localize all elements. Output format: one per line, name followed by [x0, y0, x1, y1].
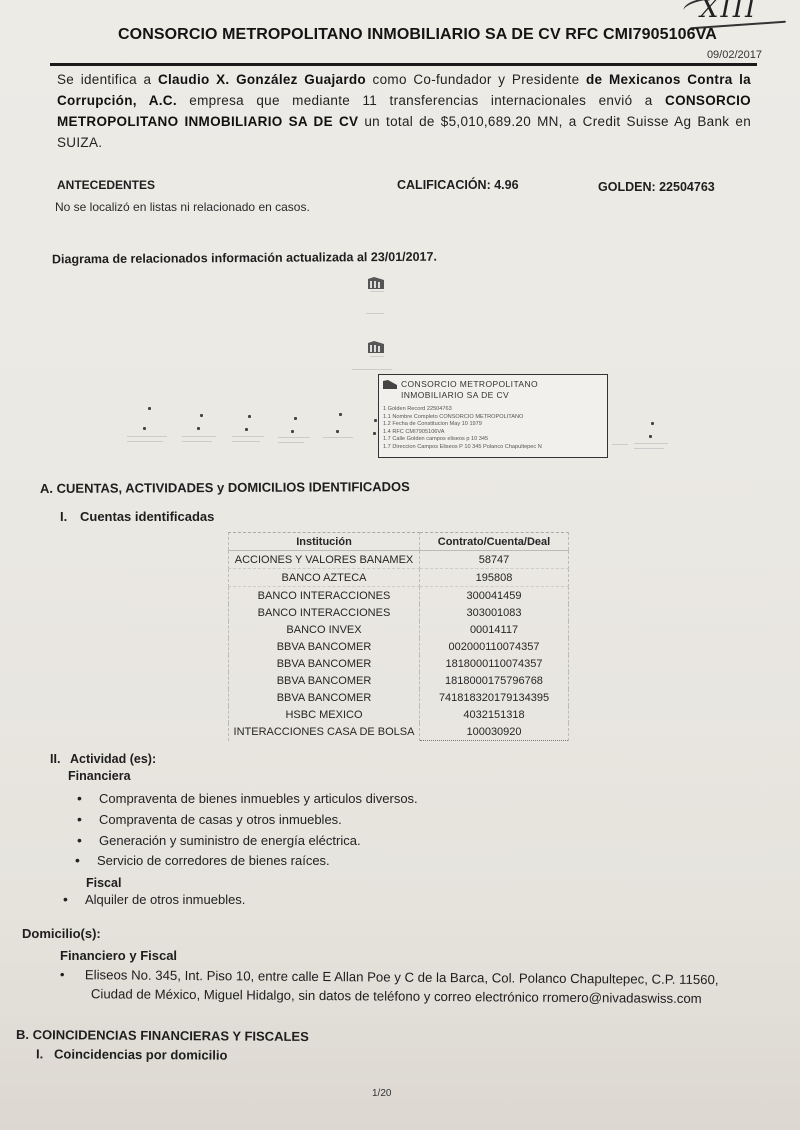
node-caption [634, 443, 668, 444]
address-list-item: •Eliseos No. 345, Int. Piso 10, entre ca… [60, 965, 719, 1003]
entity-name: CONSORCIO METROPOLITANO INMOBILIARIO SA … [401, 379, 538, 401]
institution-cell: INTERACCIONES CASA DE BOLSA [229, 723, 420, 741]
domicilios-title: Domicilio(s): [22, 926, 101, 941]
list-item: •Compraventa de bienes inmuebles y artic… [77, 790, 418, 806]
account-cell: 741818320179134395 [420, 689, 569, 706]
institution-cell: BBVA BANCOMER [229, 638, 420, 655]
building-icon [368, 341, 384, 353]
section-b-i-title: I. Coincidencias por domicilio [36, 1046, 228, 1062]
entity-detail-box: CONSORCIO METROPOLITANO INMOBILIARIO SA … [378, 374, 608, 458]
list-item: •Alquiler de otros inmuebles. [63, 891, 245, 907]
header-rule [50, 63, 757, 66]
node-caption [232, 436, 264, 437]
node-caption [370, 291, 384, 292]
address-line-2: Ciudad de México, Miguel Hidalgo, sin da… [60, 984, 719, 1008]
table-row: BBVA BANCOMER1818000110074357 [229, 655, 569, 672]
table-row: BBVA BANCOMER741818320179134395 [229, 689, 569, 706]
intro-text-3: empresa que mediante 11 transferencias i… [177, 93, 665, 108]
institution-cell: BANCO AZTECA [229, 569, 420, 587]
financiera-label: Financiera [68, 769, 131, 783]
antecedentes-label: ANTECEDENTES [57, 178, 155, 192]
bullet-icon: • [77, 832, 99, 848]
intro-text-1: Se identifica a [57, 72, 158, 87]
section-a-i-title: Cuentas identificadas [80, 509, 214, 524]
section-a-title: A. CUENTAS, ACTIVIDADES y DOMICILIOS IDE… [40, 479, 410, 496]
section-b-i-number: I. [36, 1046, 43, 1061]
related-node-icon [200, 414, 203, 417]
list-item: •Compraventa de casas y otros inmuebles. [77, 811, 342, 827]
related-node-icon [245, 428, 248, 431]
activity-text: Compraventa de bienes inmuebles y articu… [99, 791, 418, 806]
related-node-icon [248, 415, 251, 418]
bullet-icon: • [75, 852, 97, 868]
list-item: •Generación y suministro de energía eléc… [77, 832, 361, 848]
table-row: BBVA BANCOMER1818000175796768 [229, 672, 569, 689]
section-b-i-text: Coincidencias por domicilio [54, 1046, 227, 1062]
bullet-icon: • [63, 891, 85, 907]
institution-cell: BANCO INTERACCIONES [229, 587, 420, 605]
account-cell: 1818000175796768 [420, 672, 569, 689]
section-a-i-number: I. [60, 509, 67, 524]
account-cell: 1818000110074357 [420, 655, 569, 672]
column-header-account: Contrato/Cuenta/Deal [420, 533, 569, 551]
table-row: BANCO INVEX00014117 [229, 621, 569, 638]
node-caption [127, 436, 167, 437]
related-node-icon [197, 427, 200, 430]
domicilios-subtitle: Financiero y Fiscal [60, 948, 177, 963]
table-header-row: Institución Contrato/Cuenta/Deal [229, 533, 569, 551]
entity-name-line2: INMOBILIARIO SA DE CV [401, 390, 538, 401]
node-caption [634, 448, 664, 449]
institution-cell: BANCO INTERACCIONES [229, 604, 420, 621]
node-caption [182, 436, 216, 437]
related-node-icon [148, 407, 151, 410]
calificacion-value: CALIFICACIÓN: 4.96 [397, 178, 519, 192]
institution-cell: BBVA BANCOMER [229, 689, 420, 706]
related-node-icon [651, 422, 654, 425]
intro-person: Claudio X. González Guajardo [158, 72, 366, 87]
related-node-icon [373, 432, 376, 435]
node-caption [182, 441, 212, 442]
handwritten-annotation: XIII [700, 0, 757, 24]
antecedentes-text: No se localizó en listas ni relacionado … [55, 200, 310, 214]
entity-attribute: 1.1 Nombre Completo CONSORCIO METROPOLIT… [383, 414, 542, 422]
table-row: BANCO INTERACCIONES300041459 [229, 587, 569, 605]
node-caption [232, 441, 260, 442]
account-cell: 100030920 [420, 723, 569, 741]
table-row: BBVA BANCOMER002000110074357 [229, 638, 569, 655]
node-caption [278, 437, 310, 438]
section-a-ii-title: Actividad (es): [70, 752, 156, 766]
institution-cell: BANCO INVEX [229, 621, 420, 638]
page-number: 1/20 [372, 1088, 391, 1099]
accounts-table: Institución Contrato/Cuenta/Deal ACCIONE… [228, 532, 569, 741]
node-caption [278, 442, 304, 443]
institution-cell: HSBC MEXICO [229, 706, 420, 723]
institution-cell: ACCIONES Y VALORES BANAMEX [229, 551, 420, 569]
activity-text: Servicio de corredores de bienes raíces. [97, 853, 330, 868]
node-caption [370, 356, 384, 357]
node-caption [323, 437, 353, 438]
related-node-icon [294, 417, 297, 420]
account-cell: 303001083 [420, 604, 569, 621]
entity-attributes: 1 Golden Record 22504763 1.1 Nombre Comp… [383, 406, 542, 452]
related-node-icon [143, 427, 146, 430]
activity-text: Compraventa de casas y otros inmuebles. [99, 812, 342, 827]
account-cell: 002000110074357 [420, 638, 569, 655]
table-row: BANCO INTERACCIONES303001083 [229, 604, 569, 621]
entity-attribute: 1.4 RFC CMI7905106VA [383, 429, 542, 437]
table-row: BANCO AZTECA195808 [229, 569, 569, 587]
related-node-icon [649, 435, 652, 438]
entity-name-line1: CONSORCIO METROPOLITANO [401, 379, 538, 390]
entity-attribute: 1.7 Direccion Campos Eliseos P 10 345 Po… [383, 444, 542, 452]
connector-line [352, 369, 392, 370]
entity-attribute: 1.7 Calle Golden campos eliseos p 10 345 [383, 436, 542, 444]
activity-text: Alquiler de otros inmuebles. [85, 892, 245, 907]
institution-cell: BBVA BANCOMER [229, 655, 420, 672]
account-cell: 300041459 [420, 587, 569, 605]
document-title: CONSORCIO METROPOLITANO INMOBILIARIO SA … [118, 26, 717, 44]
bullet-icon: • [60, 965, 85, 984]
node-caption [127, 441, 163, 442]
company-icon [383, 380, 397, 391]
table-row: ACCIONES Y VALORES BANAMEX58747 [229, 551, 569, 569]
diagram-label: Diagrama de relacionados información act… [52, 250, 437, 267]
document-date: 09/02/2017 [707, 49, 762, 61]
section-b-title: B. COINCIDENCIAS FINANCIERAS Y FISCALES [16, 1027, 309, 1044]
related-node-icon [374, 419, 377, 422]
intro-paragraph: Se identifica a Claudio X. González Guaj… [57, 69, 751, 153]
entity-attribute: 1.2 Fecha de Constitucion May 10 1979 [383, 421, 542, 429]
activity-text: Generación y suministro de energía eléct… [99, 833, 361, 848]
related-node-icon [336, 430, 339, 433]
bullet-icon: • [77, 811, 99, 827]
table-row: INTERACCIONES CASA DE BOLSA100030920 [229, 723, 569, 741]
related-node-icon [339, 413, 342, 416]
column-header-institution: Institución [229, 533, 420, 551]
entity-attribute: 1 Golden Record 22504763 [383, 406, 542, 414]
intro-text-2: como Co-fundador y Presidente [366, 72, 586, 87]
section-a-ii-number: II. [50, 752, 60, 766]
building-icon [368, 277, 384, 289]
account-cell: 4032151318 [420, 706, 569, 723]
account-cell: 00014117 [420, 621, 569, 638]
list-item: •Servicio de corredores de bienes raíces… [75, 852, 330, 868]
node-caption [612, 444, 628, 445]
bullet-icon: • [77, 790, 99, 806]
related-node-icon [291, 430, 294, 433]
account-cell: 58747 [420, 551, 569, 569]
institution-cell: BBVA BANCOMER [229, 672, 420, 689]
node-caption [366, 313, 384, 314]
fiscal-label: Fiscal [86, 876, 121, 890]
account-cell: 195808 [420, 569, 569, 587]
table-row: HSBC MEXICO4032151318 [229, 706, 569, 723]
golden-value: GOLDEN: 22504763 [598, 180, 715, 194]
